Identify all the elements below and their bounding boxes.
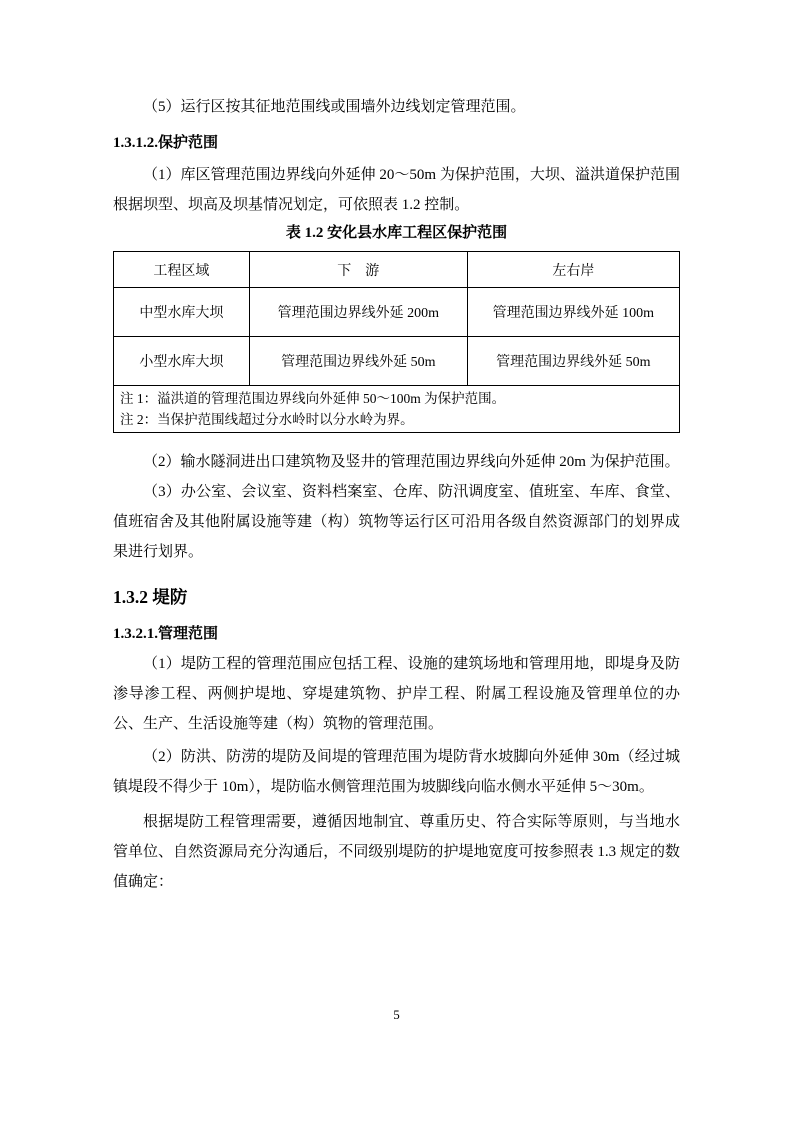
table-row-medium-reservoir: 中型水库大坝 管理范围边界线外延 200m 管理范围边界线外延 100m [114,288,680,337]
heading-1-3-2: 1.3.2 堤防 [113,581,680,613]
table-header-region: 工程区域 [114,252,250,288]
cell-banks-medium: 管理范围边界线外延 100m [467,288,679,337]
paragraph-1312-item-3: （3）办公室、会议室、资料档案室、仓库、防汛调度室、值班室、车库、食堂、值班宿舍… [113,477,680,567]
table-header-downstream: 下 游 [249,252,467,288]
paragraph-1321-item-2: （2）防洪、防涝的堤防及间堤的管理范围为堤防背水坡脚向外延伸 30m（经过城镇堤… [113,742,680,802]
cell-region-small: 小型水库大坝 [114,337,250,386]
table-1-2-title: 表 1.2 安化县水库工程区保护范围 [113,220,680,246]
heading-1-3-1-2: 1.3.1.2.保护范围 [113,130,680,156]
cell-downstream-medium: 管理范围边界线外延 200m [249,288,467,337]
table-notes-row: 注 1：溢洪道的管理范围边界线向外延伸 50～100m 为保护范围。 注 2：当… [114,386,680,433]
table-header-row: 工程区域 下 游 左右岸 [114,252,680,288]
table-note-2: 注 2：当保护范围线超过分水岭时以分水岭为界。 [120,409,673,430]
cell-region-medium: 中型水库大坝 [114,288,250,337]
cell-downstream-small: 管理范围边界线外延 50m [249,337,467,386]
table-note-1: 注 1：溢洪道的管理范围边界线向外延伸 50～100m 为保护范围。 [120,388,673,409]
paragraph-item-5: （5）运行区按其征地范围线或围墙外边线划定管理范围。 [113,92,680,122]
cell-banks-small: 管理范围边界线外延 50m [467,337,679,386]
table-row-small-reservoir: 小型水库大坝 管理范围边界线外延 50m 管理范围边界线外延 50m [114,337,680,386]
table-1-2: 工程区域 下 游 左右岸 中型水库大坝 管理范围边界线外延 200m 管理范围边… [113,251,680,433]
paragraph-1321-item-3: 根据堤防工程管理需要，遵循因地制宜、尊重历史、符合实际等原则，与当地水管单位、自… [113,807,680,897]
document-page: （5）运行区按其征地范围线或围墙外边线划定管理范围。 1.3.1.2.保护范围 … [0,0,793,1122]
paragraph-1312-item-2: （2）输水隧洞进出口建筑物及竖井的管理范围边界线向外延伸 20m 为保护范围。 [113,447,680,477]
heading-1-3-2-1: 1.3.2.1.管理范围 [113,621,680,647]
table-notes-cell: 注 1：溢洪道的管理范围边界线向外延伸 50～100m 为保护范围。 注 2：当… [114,386,680,433]
table-header-banks: 左右岸 [467,252,679,288]
paragraph-1321-item-1: （1）堤防工程的管理范围应包括工程、设施的建筑场地和管理用地，即堤身及防渗导渗工… [113,649,680,739]
page-content: （5）运行区按其征地范围线或围墙外边线划定管理范围。 1.3.1.2.保护范围 … [113,0,680,897]
paragraph-1312-item-1: （1）库区管理范围边界线向外延伸 20～50m 为保护范围，大坝、溢洪道保护范围… [113,160,680,220]
page-number: 5 [0,1005,793,1025]
